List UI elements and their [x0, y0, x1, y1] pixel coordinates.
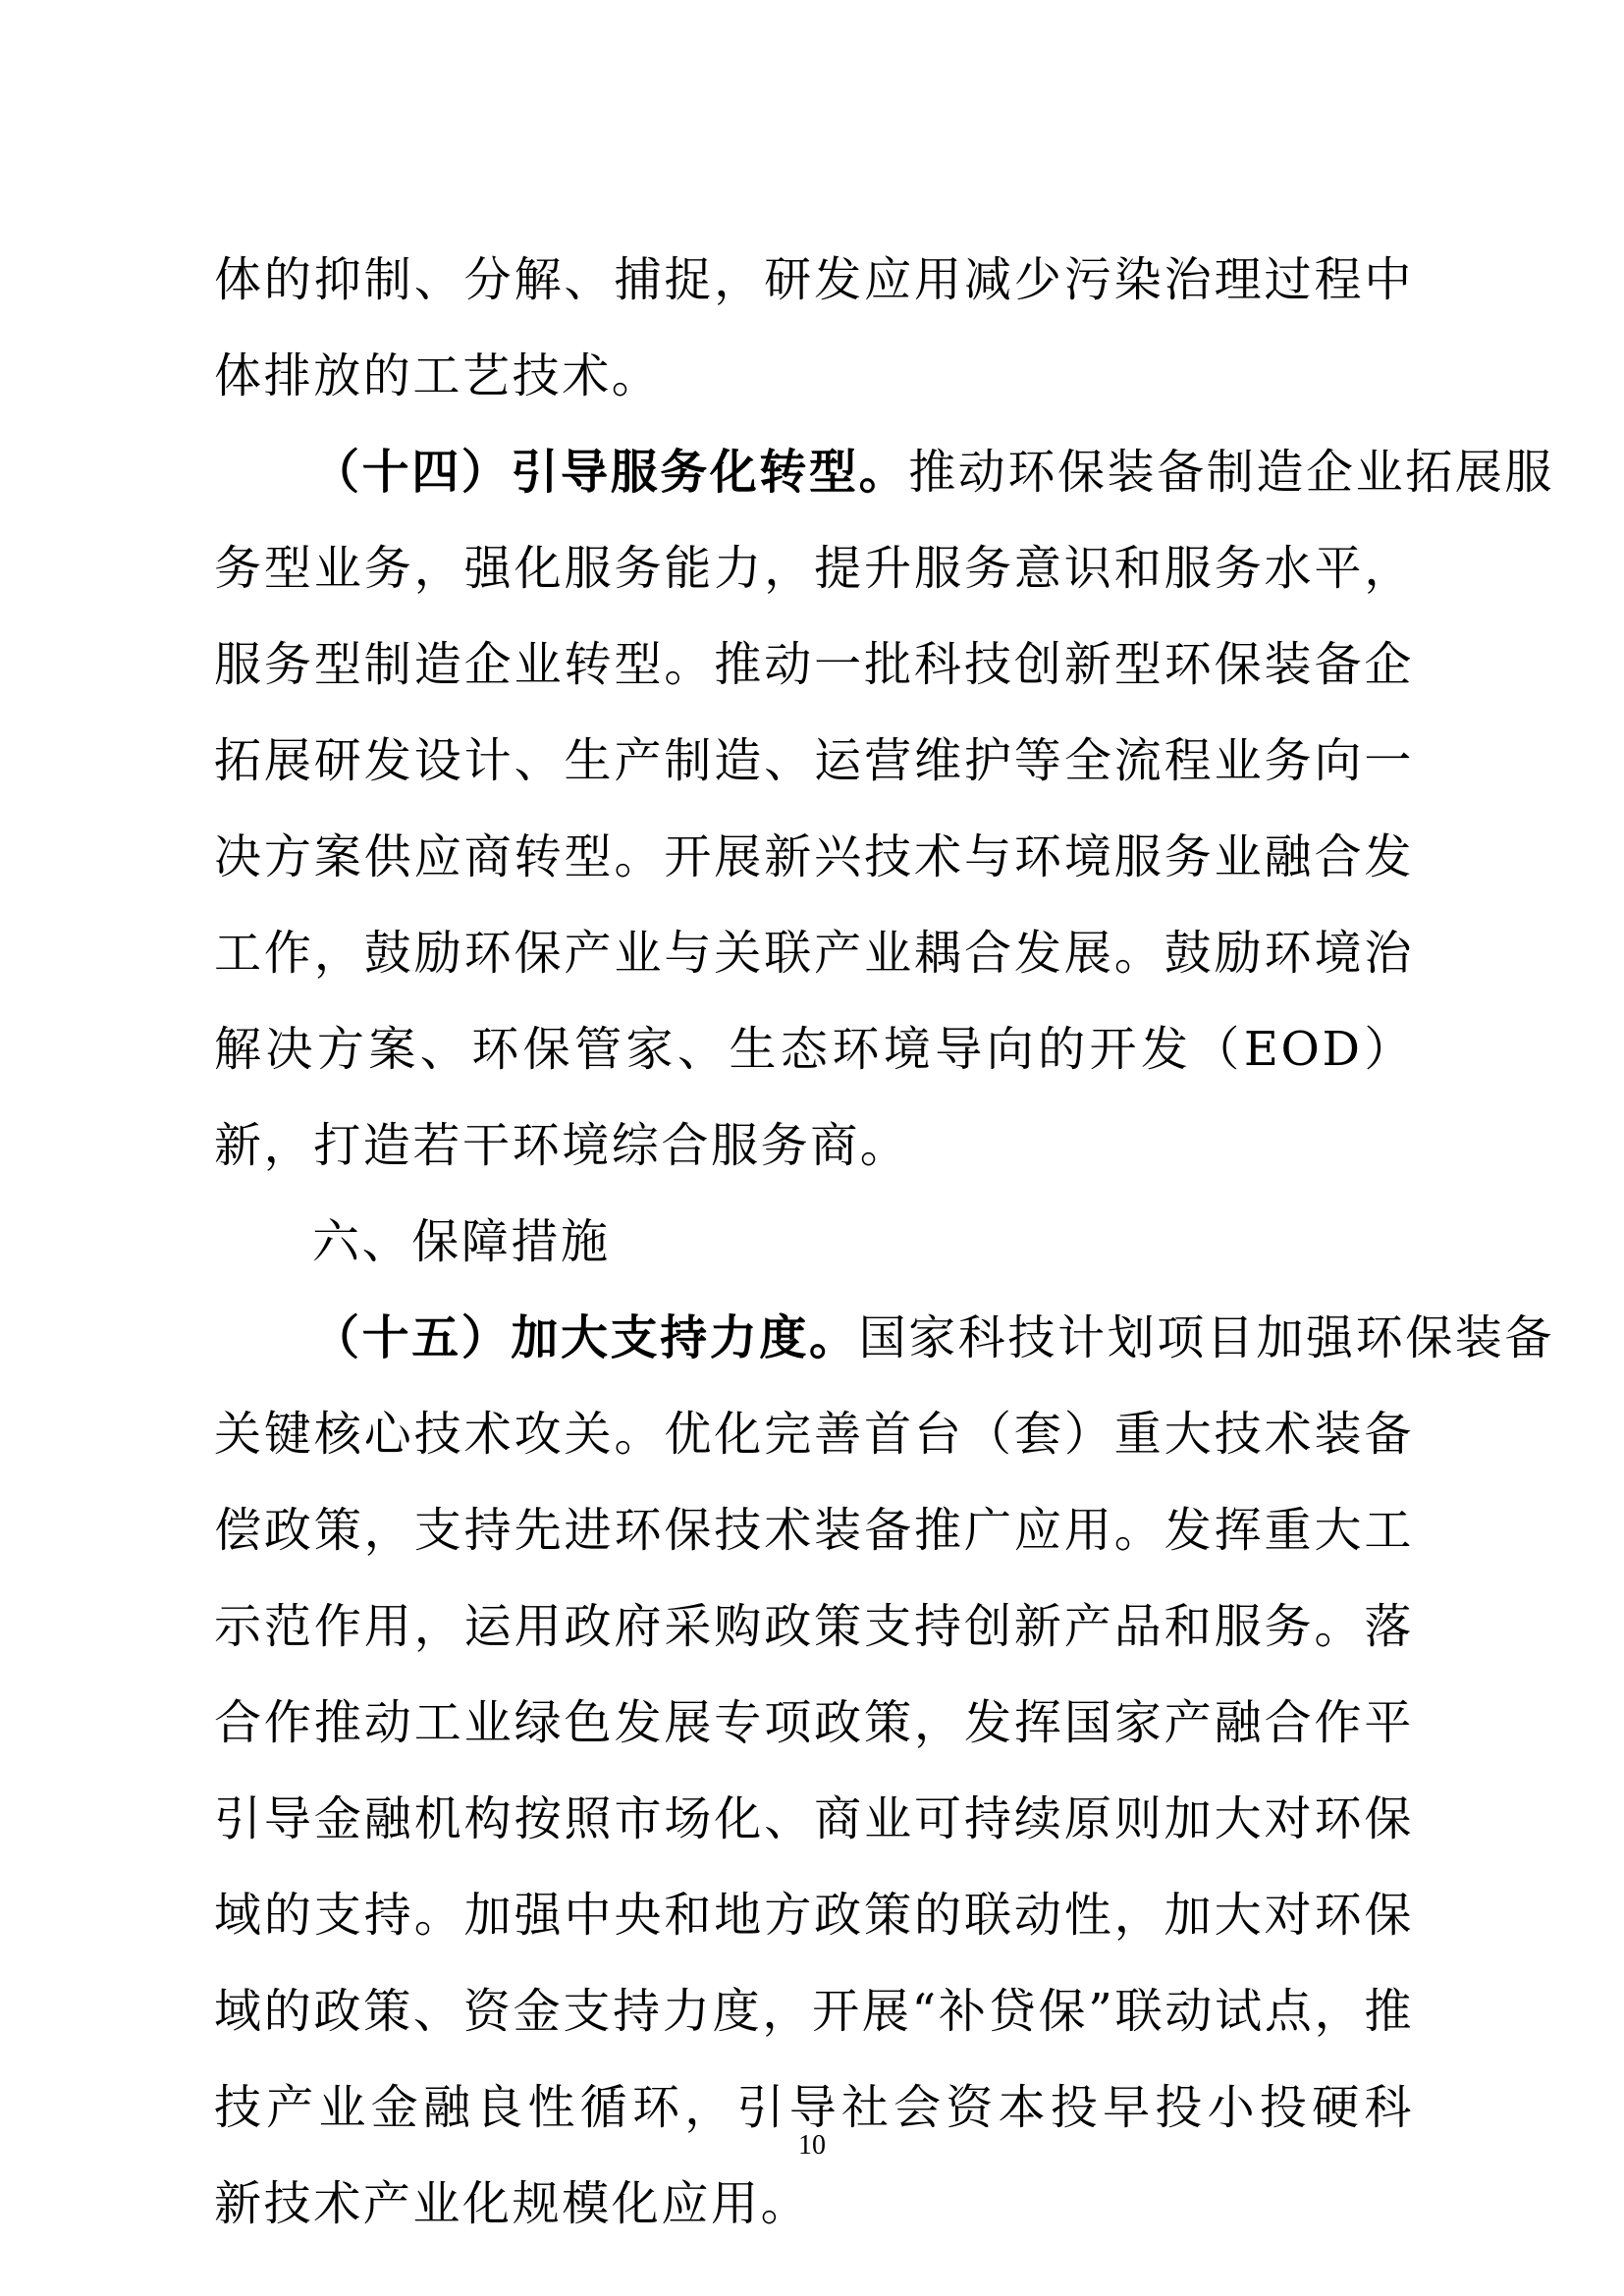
- text-line: 示范作用，运用政府采购政策支持创新产品和服务。落实产融: [214, 1578, 1414, 1675]
- paragraph-item-14: （十四）引导服务化转型。推动环保装备制造企业拓展服 务型业务，强化服务能力，提升…: [214, 424, 1414, 1194]
- text-line: 关键核心技术攻关。优化完善首台（套）重大技术装备保险补: [214, 1386, 1414, 1482]
- item-label: （十四）引导服务化转型。: [312, 445, 908, 500]
- text-line: 新技术产业化规模化应用。: [214, 2156, 1414, 2252]
- page-body: 体的抑制、分解、捕捉，研发应用减少污染治理过程中温室气 体排放的工艺技术。 （十…: [214, 232, 1414, 2252]
- text-line: 决方案供应商转型。开展新兴技术与环境服务业融合发展试点: [214, 809, 1414, 905]
- paragraph-item-15: （十五）加大支持力度。国家科技计划项目加强环保装备 关键核心技术攻关。优化完善首…: [214, 1290, 1414, 2252]
- text-line: 拓展研发设计、生产制造、运营维护等全流程业务向一体化解: [214, 713, 1414, 809]
- text-line: 务型业务，强化服务能力，提升服务意识和服务水平，加快向: [214, 520, 1414, 616]
- text-line: 新，打造若干环境综合服务商。: [214, 1097, 1414, 1194]
- text-line: 体排放的工艺技术。: [214, 328, 1414, 424]
- text-line: 体的抑制、分解、捕捉，研发应用减少污染治理过程中温室气: [214, 232, 1414, 328]
- text-line: 服务型制造企业转型。推动一批科技创新型环保装备企业通过: [214, 616, 1414, 713]
- item-first-line: （十五）加大支持力度。国家科技计划项目加强环保装备: [214, 1290, 1414, 1386]
- text-line: 引导金融机构按照市场化、商业可持续原则加大对环保装备领: [214, 1771, 1414, 1867]
- text-line: 域的政策、资金支持力度，开展“补贷保”联动试点，推动科: [214, 1963, 1414, 2059]
- item-first-line: （十四）引导服务化转型。推动环保装备制造企业拓展服: [214, 424, 1414, 520]
- item-text: 推动环保装备制造企业拓展服: [908, 445, 1554, 500]
- document-page: 体的抑制、分解、捕捉，研发应用减少污染治理过程中温室气 体排放的工艺技术。 （十…: [0, 0, 1624, 2296]
- page-number: 10: [0, 2130, 1624, 2162]
- text-line: 合作推动工业绿色发展专项政策，发挥国家产融合作平台作用，: [214, 1675, 1414, 1771]
- text-line: 域的支持。加强中央和地方政策的联动性，加大对环保重点领: [214, 1867, 1414, 1963]
- text-line: 解决方案、环保管家、生态环境导向的开发（EOD）等模式创: [214, 1001, 1414, 1097]
- text-line: 工作，鼓励环保产业与关联产业耦合发展。鼓励环境治理整体: [214, 905, 1414, 1001]
- item-text: 国家科技计划项目加强环保装备: [859, 1310, 1554, 1365]
- item-label: （十五）加大支持力度。: [312, 1310, 859, 1365]
- section-heading: 六、保障措施: [214, 1194, 1414, 1290]
- text-line: 偿政策，支持先进环保技术装备推广应用。发挥重大工程牵引: [214, 1482, 1414, 1578]
- paragraph-continuation: 体的抑制、分解、捕捉，研发应用减少污染治理过程中温室气 体排放的工艺技术。: [214, 232, 1414, 424]
